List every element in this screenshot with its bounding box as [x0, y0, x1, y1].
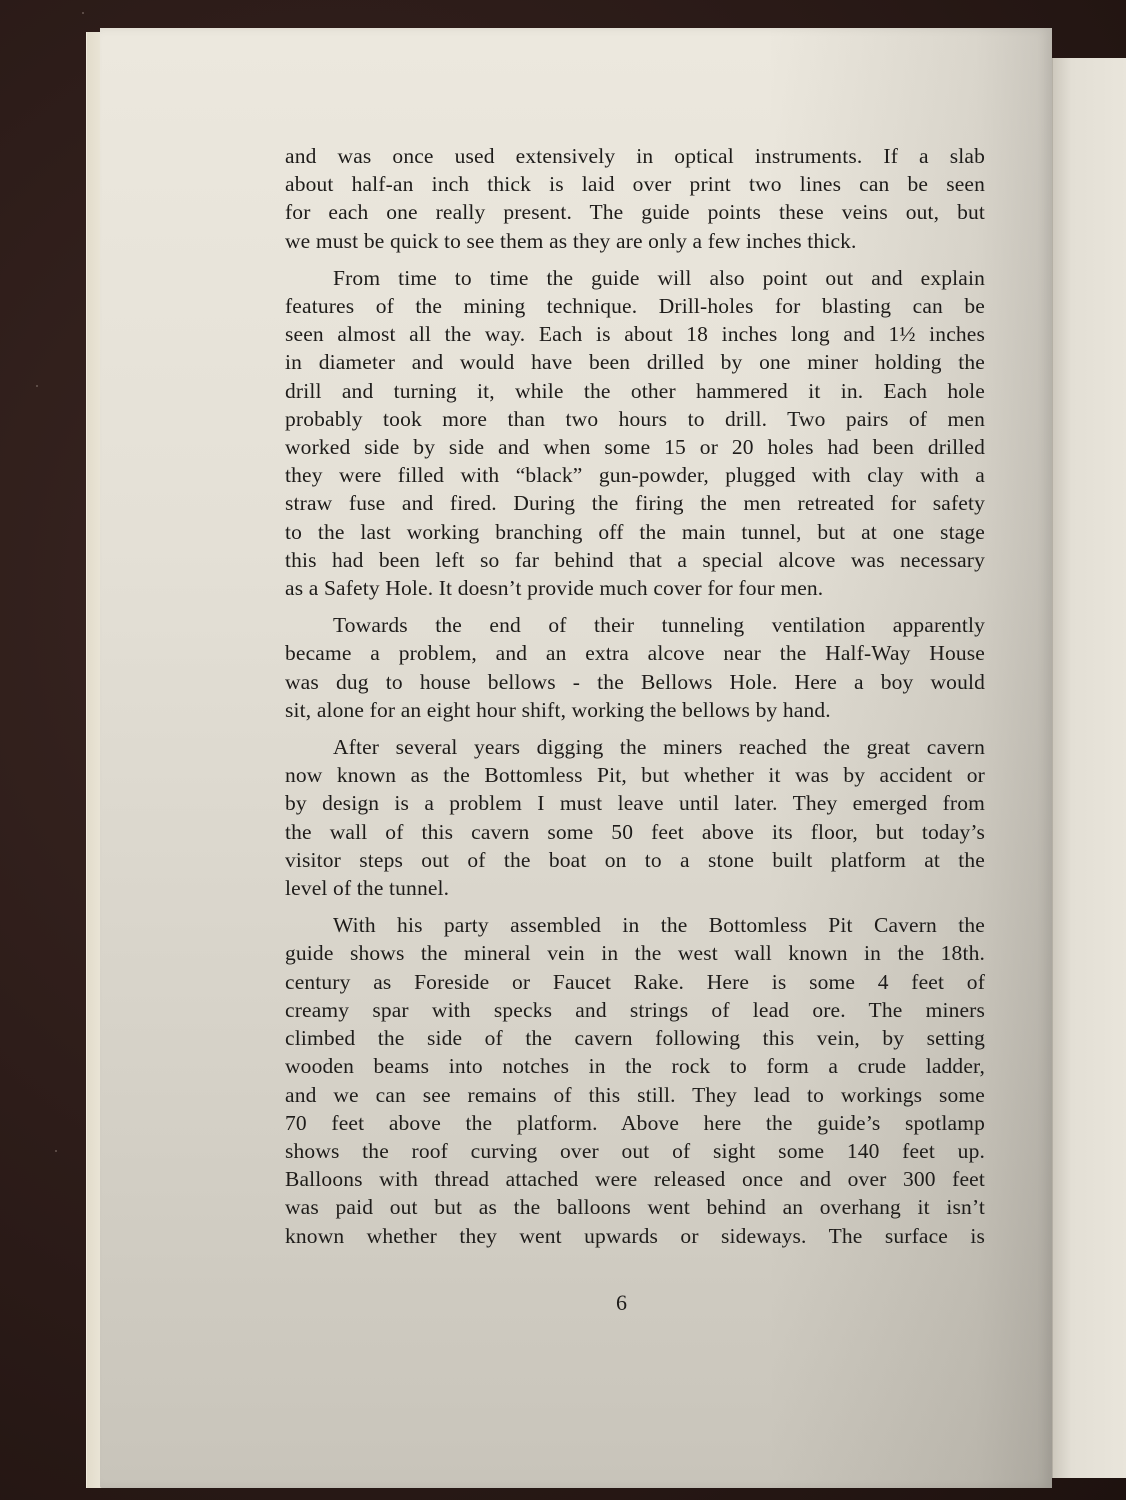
- dust-speck: [36, 385, 38, 387]
- text-line: visitor steps out of the boat on to a st…: [285, 846, 985, 874]
- text-line: was paid out but as the balloons went be…: [285, 1193, 985, 1221]
- text-line: sit, alone for an eight hour shift, work…: [285, 696, 985, 724]
- body-text: and was once used extensively in optical…: [285, 142, 985, 1259]
- text-line: probably took more than two hours to dri…: [285, 405, 985, 433]
- paragraph: After several years digging the miners r…: [285, 733, 985, 902]
- text-line: After several years digging the miners r…: [285, 733, 985, 761]
- text-line: the wall of this cavern some 50 feet abo…: [285, 818, 985, 846]
- text-line: climbed the side of the cavern following…: [285, 1024, 985, 1052]
- facing-page-edge: [1052, 58, 1126, 1478]
- photo-scene: and was once used extensively in optical…: [0, 0, 1126, 1500]
- text-line: and was once used extensively in optical…: [285, 142, 985, 170]
- text-line: as a Safety Hole. It doesn’t provide muc…: [285, 574, 985, 602]
- text-line: With his party assembled in the Bottomle…: [285, 911, 985, 939]
- text-line: level of the tunnel.: [285, 874, 985, 902]
- text-line: became a problem, and an extra alcove ne…: [285, 639, 985, 667]
- text-line: worked side by side and when some 15 or …: [285, 433, 985, 461]
- paragraph: Towards the end of their tunneling venti…: [285, 611, 985, 724]
- text-line: to the last working branching off the ma…: [285, 518, 985, 546]
- text-line: straw fuse and fired. During the firing …: [285, 489, 985, 517]
- text-line: features of the mining technique. Drill-…: [285, 292, 985, 320]
- text-line: guide shows the mineral vein in the west…: [285, 939, 985, 967]
- text-line: century as Foreside or Faucet Rake. Here…: [285, 968, 985, 996]
- text-line: and we can see remains of this still. Th…: [285, 1081, 985, 1109]
- page-number: 6: [616, 1290, 627, 1316]
- text-line: known whether they went upwards or sidew…: [285, 1222, 985, 1250]
- text-line: this had been left so far behind that a …: [285, 546, 985, 574]
- text-line: for each one really present. The guide p…: [285, 198, 985, 226]
- paragraph: From time to time the guide will also po…: [285, 264, 985, 602]
- text-line: now known as the Bottomless Pit, but whe…: [285, 761, 985, 789]
- text-line: we must be quick to see them as they are…: [285, 227, 985, 255]
- text-line: was dug to house bellows - the Bellows H…: [285, 668, 985, 696]
- dust-speck: [82, 12, 84, 14]
- text-line: From time to time the guide will also po…: [285, 264, 985, 292]
- text-line: by design is a problem I must leave unti…: [285, 789, 985, 817]
- text-line: wooden beams into notches in the rock to…: [285, 1052, 985, 1080]
- text-line: in diameter and would have been drilled …: [285, 348, 985, 376]
- text-line: creamy spar with specks and strings of l…: [285, 996, 985, 1024]
- paragraph: With his party assembled in the Bottomle…: [285, 911, 985, 1249]
- dust-speck: [55, 1150, 57, 1152]
- paragraph: and was once used extensively in optical…: [285, 142, 985, 255]
- text-line: seen almost all the way. Each is about 1…: [285, 320, 985, 348]
- text-line: Towards the end of their tunneling venti…: [285, 611, 985, 639]
- text-line: shows the roof curving over out of sight…: [285, 1137, 985, 1165]
- text-line: drill and turning it, while the other ha…: [285, 377, 985, 405]
- text-line: 70 feet above the platform. Above here t…: [285, 1109, 985, 1137]
- text-line: about half-an inch thick is laid over pr…: [285, 170, 985, 198]
- text-line: Balloons with thread attached were relea…: [285, 1165, 985, 1193]
- text-line: they were filled with “black” gun-powder…: [285, 461, 985, 489]
